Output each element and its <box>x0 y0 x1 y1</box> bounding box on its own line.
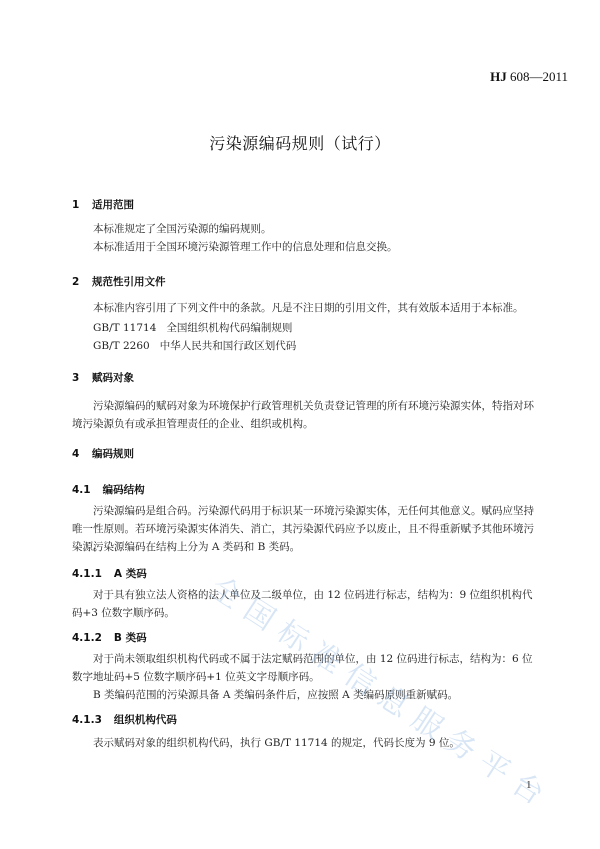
section-4-1-1-heading: 4.1.1A 类码 <box>72 566 147 581</box>
section-4-1-paragraph-2: 污染源编码在结构上分为 A 类码和 B 类码。 <box>72 538 532 556</box>
document-page: HJ 608—2011 污染源编码规则（试行） 1适用范围 本标准规定了全国污染… <box>0 0 600 849</box>
section-4-1-2-paragraph-2: B 类编码范围的污染源具备 A 类编码条件后，应按照 A 类编码原则重新赋码。 <box>72 686 532 704</box>
section-3-paragraph: 污染源编码的赋码对象为环境保护行政管理机关负责登记管理的所有环境污染源实体，特指… <box>72 397 534 433</box>
section-1-paragraph-1: 本标准规定了全国污染源的编码规则。 <box>72 220 532 238</box>
reference-code: GB/T 11714 <box>93 322 156 334</box>
reference-item: GB/T 11714全国组织机构代码编制规则 <box>93 320 292 335</box>
standard-code: HJ 608—2011 <box>490 69 568 85</box>
section-title: 编码结构 <box>103 484 145 496</box>
section-3-heading: 3赋码对象 <box>72 370 134 385</box>
standard-prefix: HJ <box>490 69 507 84</box>
section-4-1-3-paragraph: 表示赋码对象的组织机构代码，执行 GB/T 11714 的规定，代码长度为 9 … <box>72 734 532 752</box>
section-number: 4.1.2 <box>72 632 102 644</box>
section-title: 组织机构代码 <box>114 714 177 726</box>
section-number: 3 <box>72 372 92 384</box>
section-2-heading: 2规范性引用文件 <box>72 274 166 289</box>
section-4-1-3-heading: 4.1.3组织机构代码 <box>72 712 177 727</box>
reference-code: GB/T 2260 <box>93 340 150 352</box>
section-4-heading: 4编码规则 <box>72 446 134 461</box>
section-title: 适用范围 <box>92 199 134 211</box>
reference-title: 中华人民共和国行政区划代码 <box>160 340 297 352</box>
section-title: 规范性引用文件 <box>92 276 166 288</box>
section-2-intro: 本标准内容引用了下列文件中的条款。凡是不注日期的引用文件，其有效版本适用于本标准… <box>72 299 552 317</box>
section-title: B 类码 <box>114 632 147 644</box>
section-4-1-heading: 4.1编码结构 <box>72 482 145 497</box>
section-number: 4.1.3 <box>72 714 102 726</box>
section-number: 2 <box>72 276 92 288</box>
standard-number: 608—2011 <box>507 69 568 84</box>
section-title: A 类码 <box>114 568 147 580</box>
section-1-paragraph-2: 本标准适用于全国环境污染源管理工作中的信息处理和信息交换。 <box>72 238 532 256</box>
section-4-1-2-paragraph-1: 对于尚未领取组织机构代码或不属于法定赋码范围的单位，由 12 位码进行标志，结构… <box>72 650 534 686</box>
section-number: 4.1.1 <box>72 568 102 580</box>
page-number: 1 <box>526 779 532 791</box>
section-title: 赋码对象 <box>92 372 134 384</box>
reference-title: 全国组织机构代码编制规则 <box>166 322 292 334</box>
section-number: 1 <box>72 199 92 211</box>
section-4-1-2-heading: 4.1.2B 类码 <box>72 630 147 645</box>
section-4-1-1-paragraph: 对于具有独立法人资格的法人单位及二级单位，由 12 位码进行标志，结构为：9 位… <box>72 586 534 622</box>
section-1-heading: 1适用范围 <box>72 197 134 212</box>
section-number: 4 <box>72 448 92 460</box>
section-title: 编码规则 <box>92 448 134 460</box>
document-title: 污染源编码规则（试行） <box>0 131 600 154</box>
reference-item: GB/T 2260中华人民共和国行政区划代码 <box>93 338 296 353</box>
section-number: 4.1 <box>72 484 91 496</box>
